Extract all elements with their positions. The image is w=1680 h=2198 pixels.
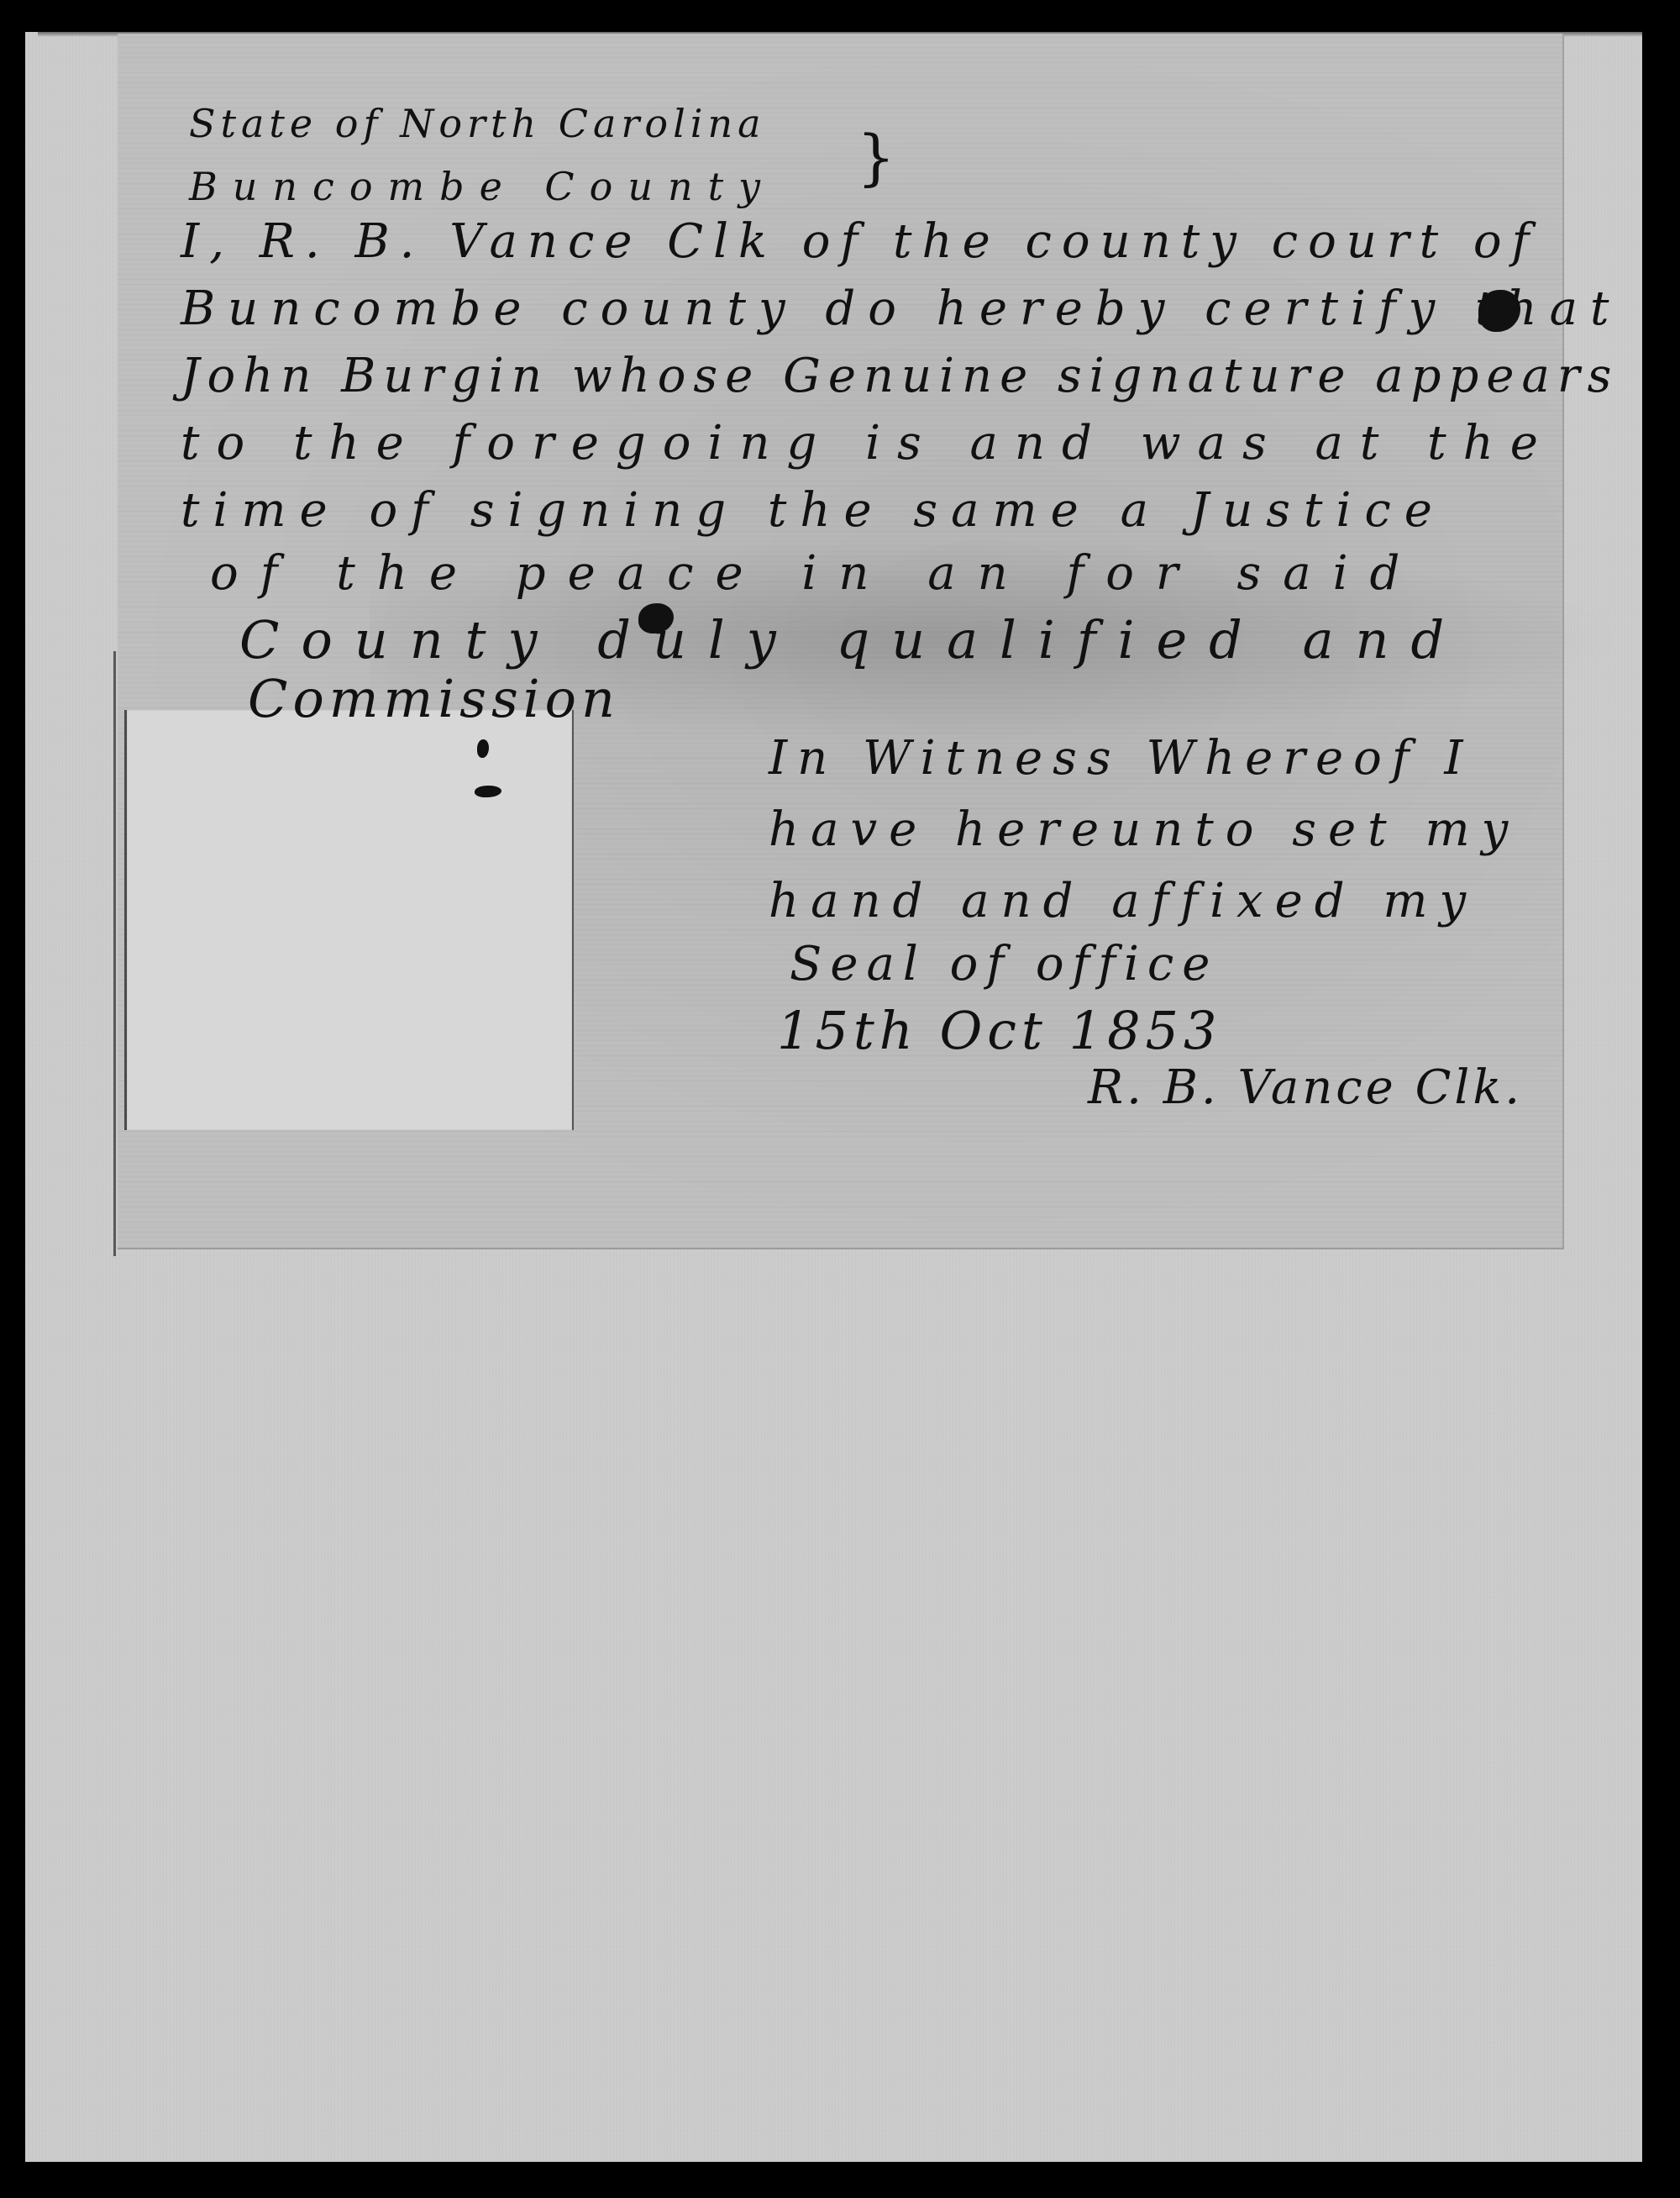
certificate-date: 15th Oct 1853 bbox=[777, 1000, 1221, 1061]
heading-brace: } bbox=[857, 122, 895, 192]
body-line-8: Commission bbox=[248, 668, 620, 729]
heading-state: State of North Carolina bbox=[189, 101, 766, 146]
body-line-5: time of signing the same a Justice bbox=[181, 483, 1446, 538]
body-line-4: to the foregoing is and was at the bbox=[181, 416, 1555, 471]
attestation-line-4: Seal of office bbox=[790, 937, 1218, 991]
attestation-line-2: have hereunto set my bbox=[769, 802, 1520, 857]
heading-county: Buncombe County bbox=[189, 164, 775, 209]
pencil-border-line bbox=[113, 651, 116, 1256]
body-line-3: John Burgin whose Genuine signature appe… bbox=[181, 349, 1619, 403]
body-line-7: County duly qualified and bbox=[239, 609, 1466, 670]
attestation-line-1: In Witness Whereof I bbox=[769, 731, 1473, 786]
attestation-line-3: hand and affixed my bbox=[769, 874, 1478, 928]
clerk-signature: R. B. Vance Clk. bbox=[1088, 1060, 1523, 1115]
body-line-6: of the peace in an for said bbox=[210, 546, 1421, 601]
body-line-1: I, R. B. Vance Clk of the county court o… bbox=[181, 214, 1539, 269]
body-line-2: Buncombe county do hereby certify that bbox=[181, 281, 1621, 336]
blank-pasted-square bbox=[124, 710, 574, 1130]
